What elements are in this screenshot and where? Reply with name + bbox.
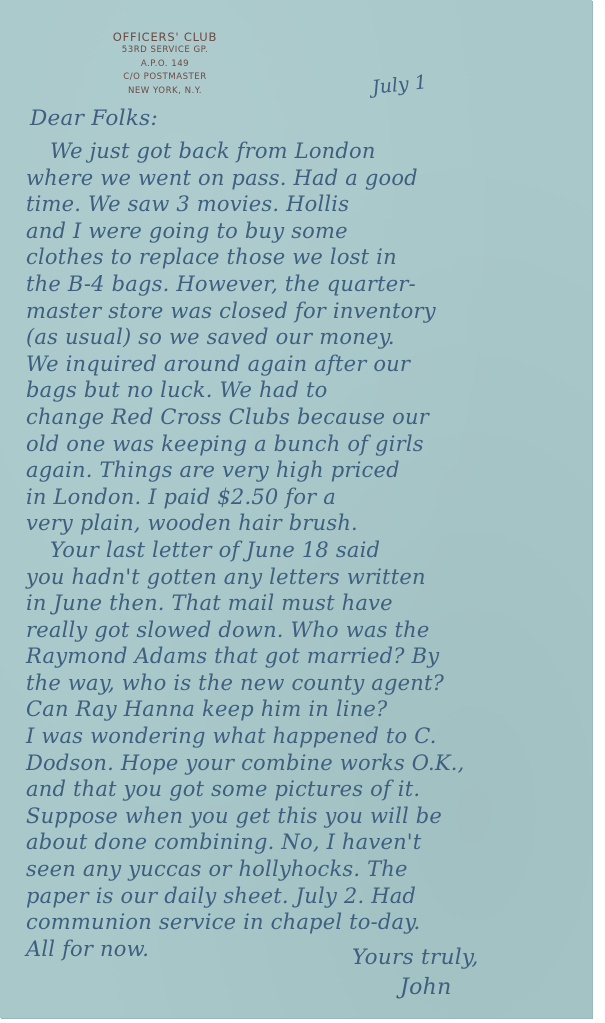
- letter-line: again. Things are very high priced: [26, 457, 465, 484]
- letter-line: bags but no luck. We had to: [26, 377, 465, 404]
- letter-line: seen any yuccas or hollyhocks. The: [26, 856, 465, 883]
- letter-line: old one was keeping a bunch of girls: [26, 431, 465, 458]
- signature: John: [400, 975, 452, 1000]
- letterhead-title: OFFICERS' CLUB: [70, 30, 260, 44]
- letter-line: change Red Cross Clubs because our: [26, 404, 465, 431]
- letter-line: really got slowed down. Who was the: [26, 617, 465, 644]
- letterhead-city: NEW YORK, N.Y.: [70, 85, 260, 99]
- letter-line: about done combining. No, I haven't: [26, 829, 465, 856]
- letter-line: Your last letter of June 18 said: [26, 537, 465, 564]
- letter-line: the B-4 bags. However, the quarter-: [26, 271, 465, 298]
- letter-line: in June then. That mail must have: [26, 590, 465, 617]
- letter-line: very plain, wooden hair brush.: [26, 510, 465, 537]
- letter-line: master store was closed for inventory: [26, 298, 465, 325]
- salutation: Dear Folks:: [30, 106, 158, 131]
- letter-line: in London. I paid $2.50 for a: [26, 484, 465, 511]
- letter-line: clothes to replace those we lost in: [26, 244, 465, 271]
- letterhead: OFFICERS' CLUB 53RD SERVICE GP. A.P.O. 1…: [70, 30, 260, 98]
- letter-line: where we went on pass. Had a good: [26, 165, 465, 192]
- letter-line: and that you got some pictures of it.: [26, 776, 465, 803]
- letter-line: the way, who is the new county agent?: [26, 670, 465, 697]
- letter-line: I was wondering what happened to C.: [26, 723, 465, 750]
- letter-line: (as usual) so we saved our money.: [26, 324, 465, 351]
- letterhead-postmaster: C/O POSTMASTER: [70, 71, 260, 85]
- letter-line: you hadn't gotten any letters written: [26, 564, 465, 591]
- letter-line: We just got back from London: [26, 138, 465, 165]
- letter-line: Dodson. Hope your combine works O.K.,: [26, 750, 465, 777]
- letter-line: Suppose when you get this you will be: [26, 803, 465, 830]
- letter-body: We just got back from Londonwhere we wen…: [26, 138, 465, 962]
- letter-line: time. We saw 3 movies. Hollis: [26, 191, 465, 218]
- letter-sheet: OFFICERS' CLUB 53RD SERVICE GP. A.P.O. 1…: [0, 0, 592, 1018]
- letter-date: July 1: [371, 71, 428, 99]
- letterhead-apo: A.P.O. 149: [70, 58, 260, 72]
- letterhead-unit: 53RD SERVICE GP.: [70, 44, 260, 58]
- letter-line: paper is our daily sheet. July 2. Had: [26, 883, 465, 910]
- letter-line: Raymond Adams that got married? By: [26, 643, 465, 670]
- closing: Yours truly,: [352, 945, 479, 970]
- letter-line: We inquired around again after our: [26, 351, 465, 378]
- letter-line: and I were going to buy some: [26, 218, 465, 245]
- letter-line: communion service in chapel to-day.: [26, 909, 465, 936]
- letter-line: Can Ray Hanna keep him in line?: [26, 696, 465, 723]
